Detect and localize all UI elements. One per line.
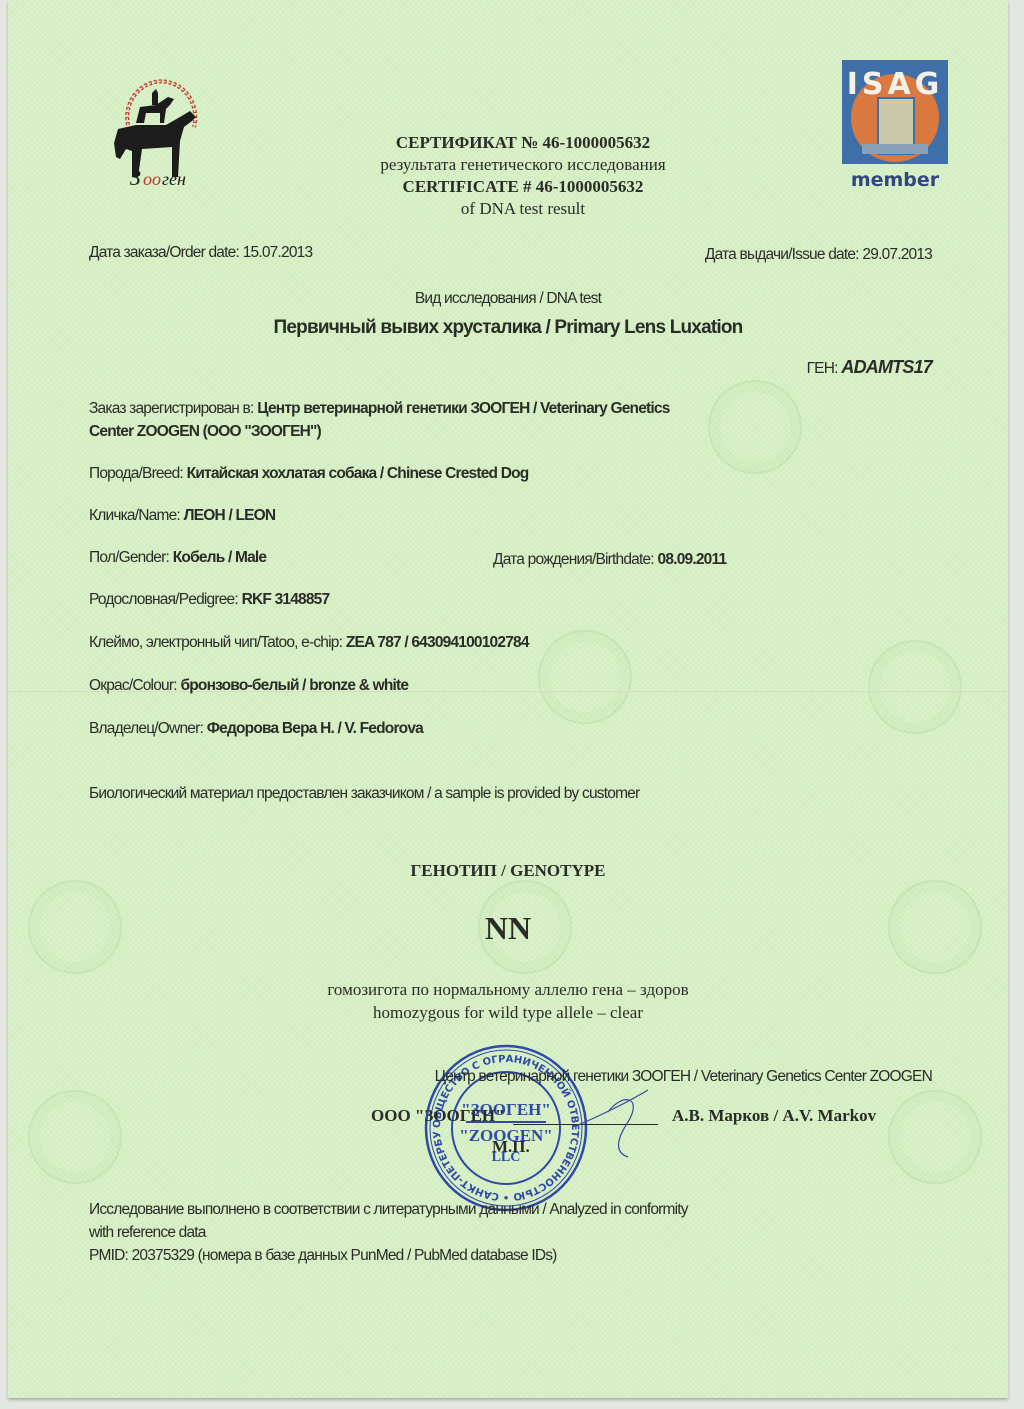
signature-company: ООО "ЗООГЕН": [371, 1106, 505, 1126]
svg-text:оо: оо: [143, 169, 161, 189]
zoogen-logo: З оо ген: [96, 45, 216, 195]
chip-field: Клеймо, электронный чип/Tatoo, e-chip: Z…: [89, 632, 529, 652]
subtitle-en: of DNA test result: [308, 198, 738, 220]
birthdate-field: Дата рождения/Birthdate: 08.09.2011: [493, 549, 726, 569]
certificate-paper: З оо ген ISAG member СЕРТИФИКАТ № 46-100…: [8, 0, 1008, 1398]
signature-scribble-icon: [568, 1082, 658, 1162]
owner-field: Владелец/Owner: Федорова Вера Н. / V. Fe…: [89, 718, 423, 738]
genotype-desc-en: homozygous for wild type allele – clear: [8, 1003, 1008, 1023]
issue-date: Дата выдачи/Issue date: 29.07.2013: [705, 244, 932, 264]
breed-field: Порода/Breed: Китайская хохлатая собака …: [89, 463, 528, 483]
watermark-rosette: [538, 630, 632, 724]
watermark-rosette: [888, 1090, 982, 1184]
dna-test-label: Вид исследования / DNA test: [8, 290, 1008, 308]
registered-at-cont: Center ZOOGEN (ООО "ЗООГЕН"): [89, 421, 321, 441]
sample-note: Биологический материал предоставлен зака…: [89, 783, 639, 803]
horse-rider-logo-icon: З оо ген: [96, 45, 216, 195]
genotype-desc-ru: гомозигота по нормальному аллелю гена – …: [8, 980, 1008, 1000]
isag-member-logo: ISAG member: [842, 60, 952, 190]
registered-at: Заказ зарегистрирован в: Центр ветеринар…: [89, 398, 670, 418]
order-date: Дата заказа/Order date: 15.07.2013: [89, 242, 312, 262]
watermark-rosette: [868, 640, 962, 734]
watermark-rosette: [28, 1090, 122, 1184]
gene-value: ADAMTS17: [841, 357, 932, 377]
genotype-value: NN: [8, 910, 1008, 947]
pedigree-field: Родословная/Pedigree: RKF 3148857: [89, 589, 329, 609]
title-en: CERTIFICATE # 46-1000005632: [308, 176, 738, 198]
conformity-note: Исследование выполнено в соответствии с …: [89, 1199, 688, 1219]
signature-org: Центр ветеринарной генетики ЗООГЕН / Vet…: [435, 1066, 932, 1086]
svg-text:member: member: [851, 169, 940, 190]
subtitle-ru: результата генетического исследования: [308, 154, 738, 176]
seal-label: М.П.: [492, 1137, 530, 1157]
conformity-note-cont: with reference data: [89, 1222, 206, 1242]
issue-date-value: 29.07.2013: [862, 246, 932, 263]
order-date-value: 15.07.2013: [243, 244, 313, 261]
gender-field: Пол/Gender: Кобель / Male: [89, 547, 266, 567]
signer-name: А.В. Марков / A.V. Markov: [672, 1106, 876, 1126]
dna-test-name: Первичный вывих хрусталика / Primary Len…: [8, 317, 1008, 339]
genotype-heading: ГЕНОТИП / GENOTYPE: [8, 861, 1008, 881]
title-ru: СЕРТИФИКАТ № 46-1000005632: [308, 132, 738, 154]
pmid-note: PMID: 20375329 (номера в базе данных Pun…: [89, 1245, 557, 1265]
certificate-header: СЕРТИФИКАТ № 46-1000005632 результата ге…: [308, 132, 738, 220]
isag-logo-icon: ISAG member: [842, 60, 952, 190]
colour-field: Окрас/Colour: бронзово-белый / bronze & …: [89, 675, 408, 695]
svg-text:ген: ген: [162, 169, 186, 189]
gene: ГЕН: ADAMTS17: [807, 357, 932, 378]
svg-text:З: З: [130, 165, 141, 190]
svg-text:ISAG: ISAG: [847, 67, 944, 102]
name-field: Кличка/Name: ЛЕОН / LEON: [89, 505, 275, 525]
watermark-rosette: [708, 380, 802, 474]
